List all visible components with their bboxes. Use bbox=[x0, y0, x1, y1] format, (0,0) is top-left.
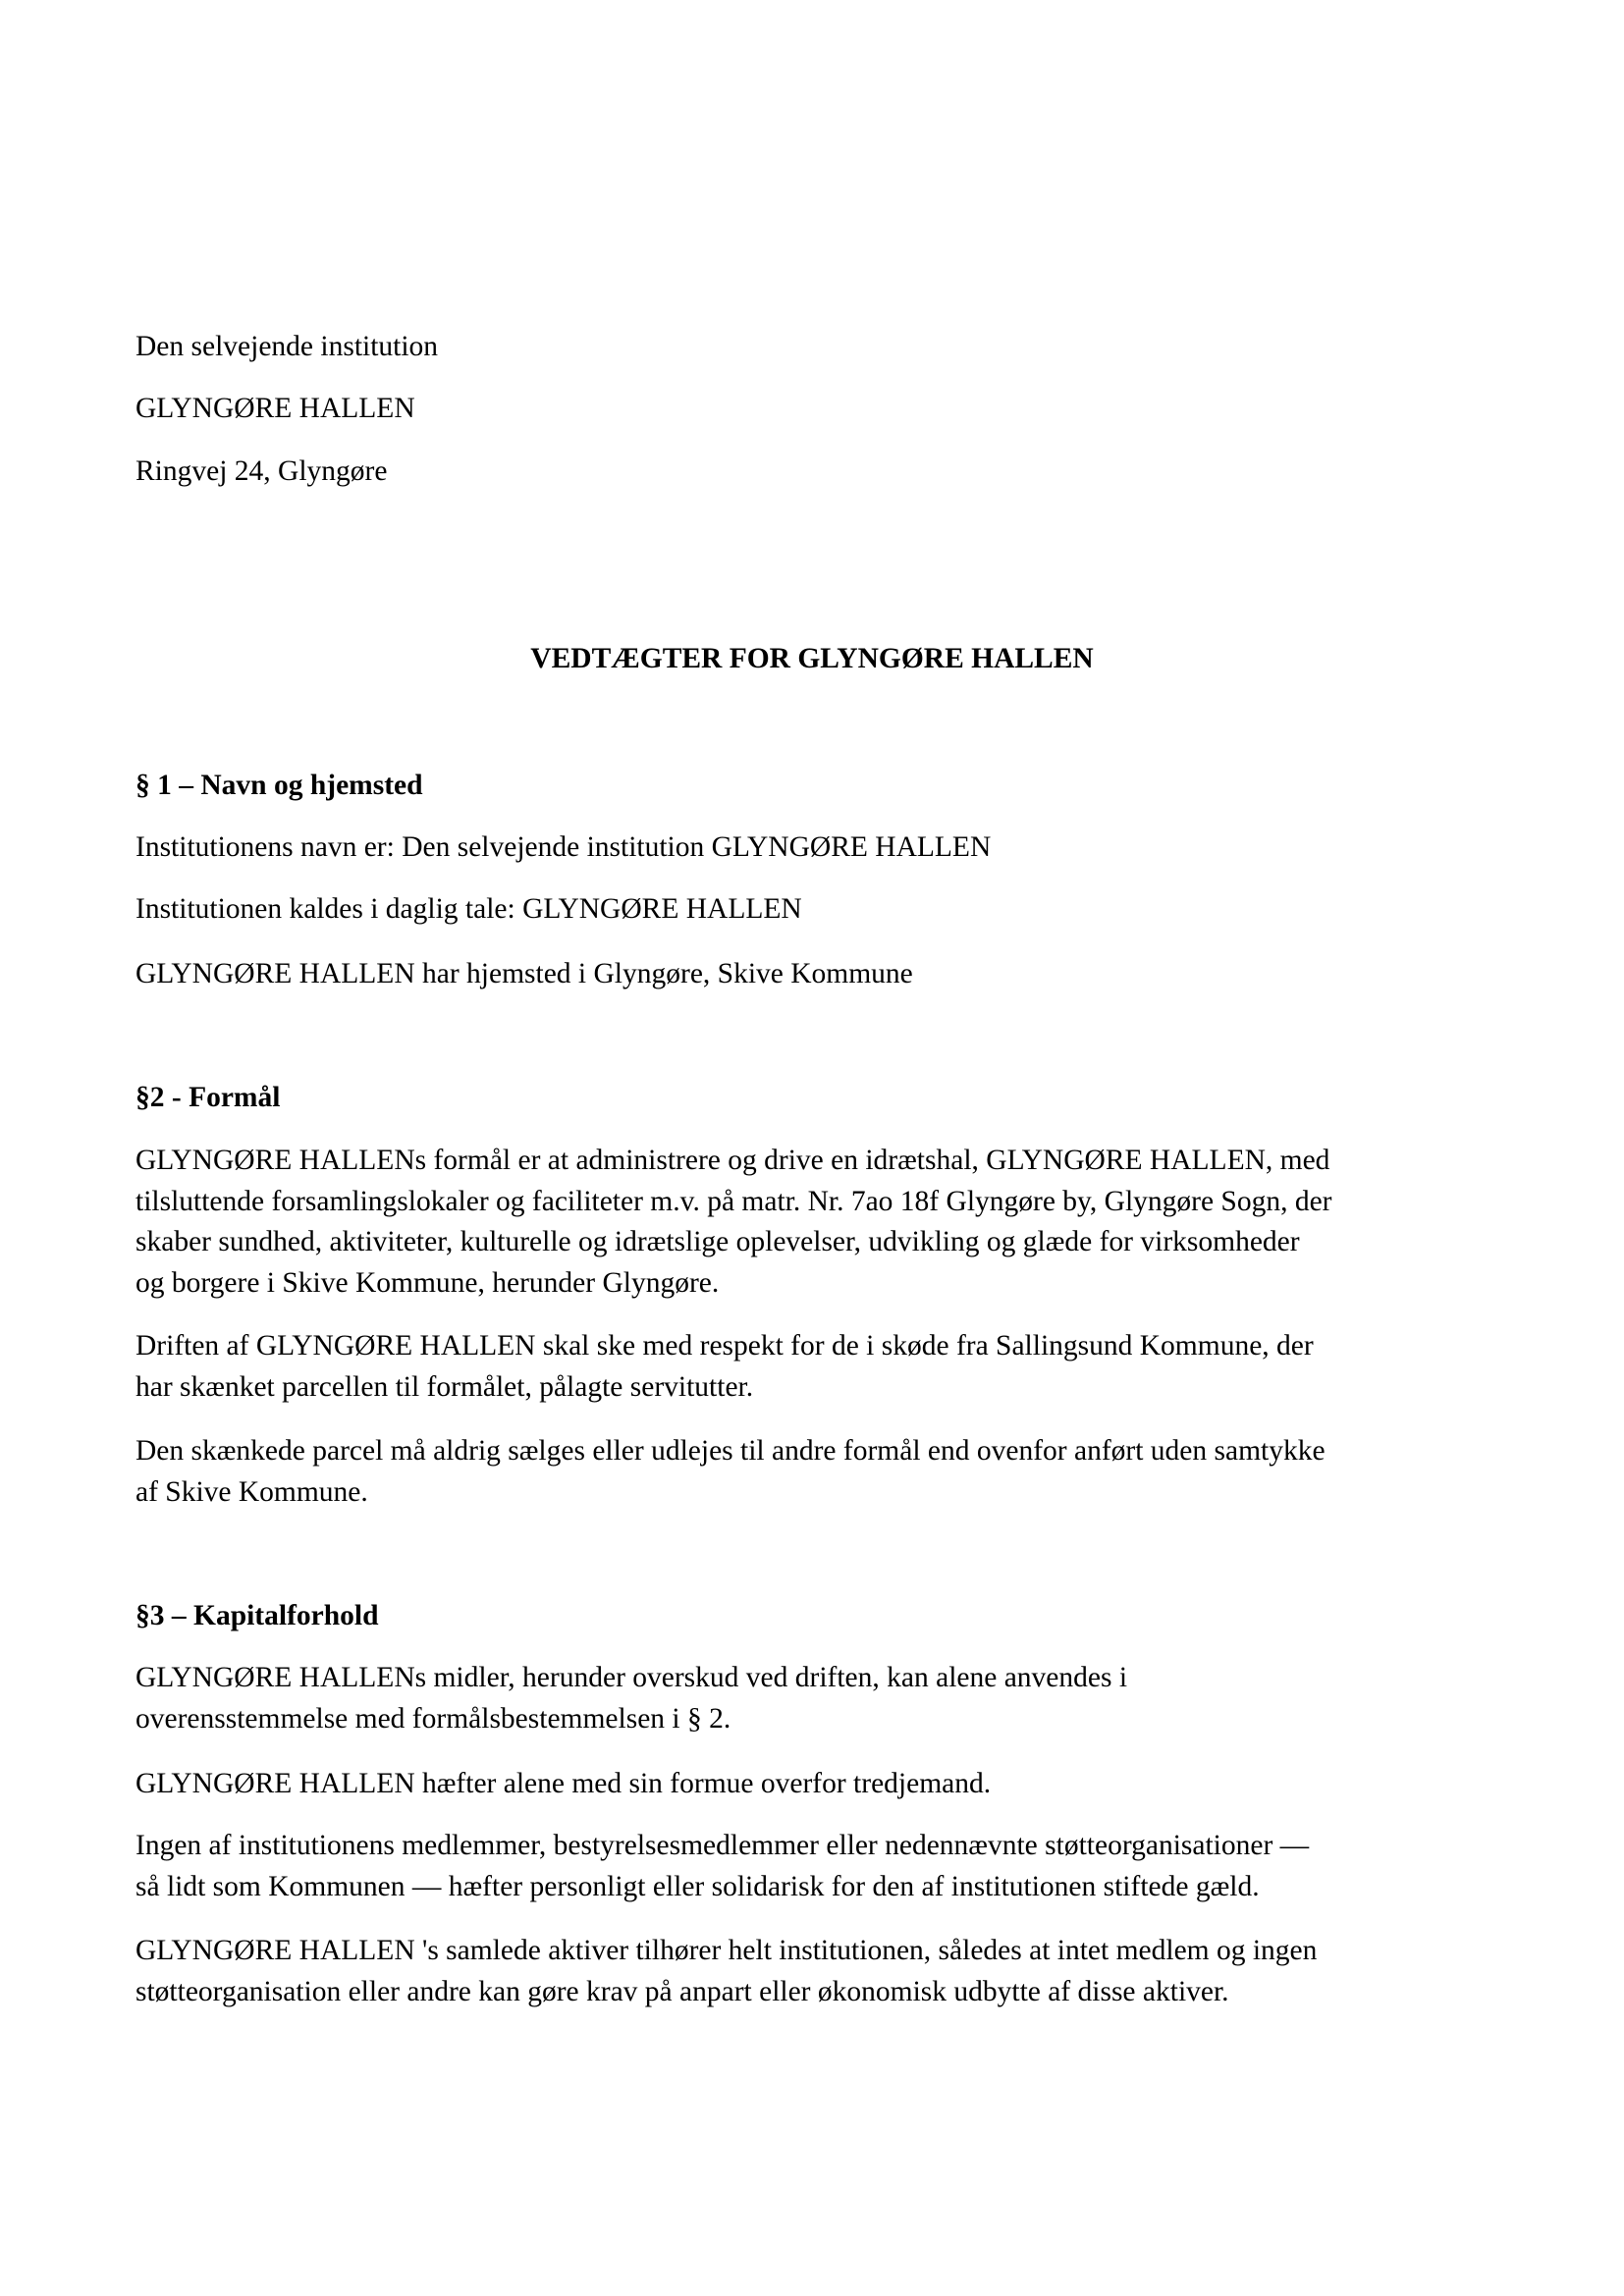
address-line-street: Ringvej 24, Glyngøre bbox=[135, 452, 387, 493]
text-line: så lidt som Kommunen — hæfter personligt… bbox=[135, 1867, 1510, 1908]
paragraph: Den skænkede parcel må aldrig sælges ell… bbox=[135, 1431, 1510, 1513]
text-line: GLYNGØRE HALLEN 's samlede aktiver tilhø… bbox=[135, 1931, 1510, 1972]
section-heading: § 1 – Navn og hjemsted bbox=[135, 766, 423, 807]
text-line: støtteorganisation eller andre kan gøre … bbox=[135, 1972, 1510, 2013]
address-line-name: GLYNGØRE HALLEN bbox=[135, 389, 415, 430]
paragraph: GLYNGØRE HALLEN har hjemsted i Glyngøre,… bbox=[135, 954, 1510, 995]
text-line: Institutionen kaldes i daglig tale: GLYN… bbox=[135, 889, 1510, 931]
text-line: har skænket parcellen til formålet, påla… bbox=[135, 1367, 1510, 1409]
paragraph: Driften af GLYNGØRE HALLEN skal ske med … bbox=[135, 1326, 1510, 1408]
text-line: skaber sundhed, aktiviteter, kulturelle … bbox=[135, 1222, 1510, 1263]
text-line: Institutionens navn er: Den selvejende i… bbox=[135, 828, 1510, 869]
text-line: Driften af GLYNGØRE HALLEN skal ske med … bbox=[135, 1326, 1510, 1367]
text-line: GLYNGØRE HALLEN har hjemsted i Glyngøre,… bbox=[135, 954, 1510, 995]
document-title: VEDTÆGTER FOR GLYNGØRE HALLEN bbox=[0, 639, 1624, 680]
section-heading: §3 – Kapitalforhold bbox=[135, 1596, 379, 1637]
text-line: Den skænkede parcel må aldrig sælges ell… bbox=[135, 1431, 1510, 1472]
text-line: tilsluttende forsamlingslokaler og facil… bbox=[135, 1182, 1510, 1223]
text-line: overensstemmelse med formålsbestemmelsen… bbox=[135, 1699, 1510, 1740]
paragraph: Institutionen kaldes i daglig tale: GLYN… bbox=[135, 889, 1510, 931]
paragraph: Institutionens navn er: Den selvejende i… bbox=[135, 828, 1510, 869]
address-line-institution: Den selvejende institution bbox=[135, 327, 438, 368]
paragraph: GLYNGØRE HALLENs midler, herunder oversk… bbox=[135, 1658, 1510, 1739]
text-line: af Skive Kommune. bbox=[135, 1472, 1510, 1514]
text-line: GLYNGØRE HALLEN hæfter alene med sin for… bbox=[135, 1764, 1510, 1805]
paragraph: Ingen af institutionens medlemmer, besty… bbox=[135, 1826, 1510, 1907]
paragraph: GLYNGØRE HALLEN 's samlede aktiver tilhø… bbox=[135, 1931, 1510, 2012]
section-heading: §2 - Formål bbox=[135, 1078, 280, 1119]
paragraph: GLYNGØRE HALLEN hæfter alene med sin for… bbox=[135, 1764, 1510, 1805]
text-line: og borgere i Skive Kommune, herunder Gly… bbox=[135, 1263, 1510, 1305]
text-line: GLYNGØRE HALLENs formål er at administre… bbox=[135, 1141, 1510, 1182]
paragraph: GLYNGØRE HALLENs formål er at administre… bbox=[135, 1141, 1510, 1304]
text-line: Ingen af institutionens medlemmer, besty… bbox=[135, 1826, 1510, 1867]
text-line: GLYNGØRE HALLENs midler, herunder oversk… bbox=[135, 1658, 1510, 1699]
